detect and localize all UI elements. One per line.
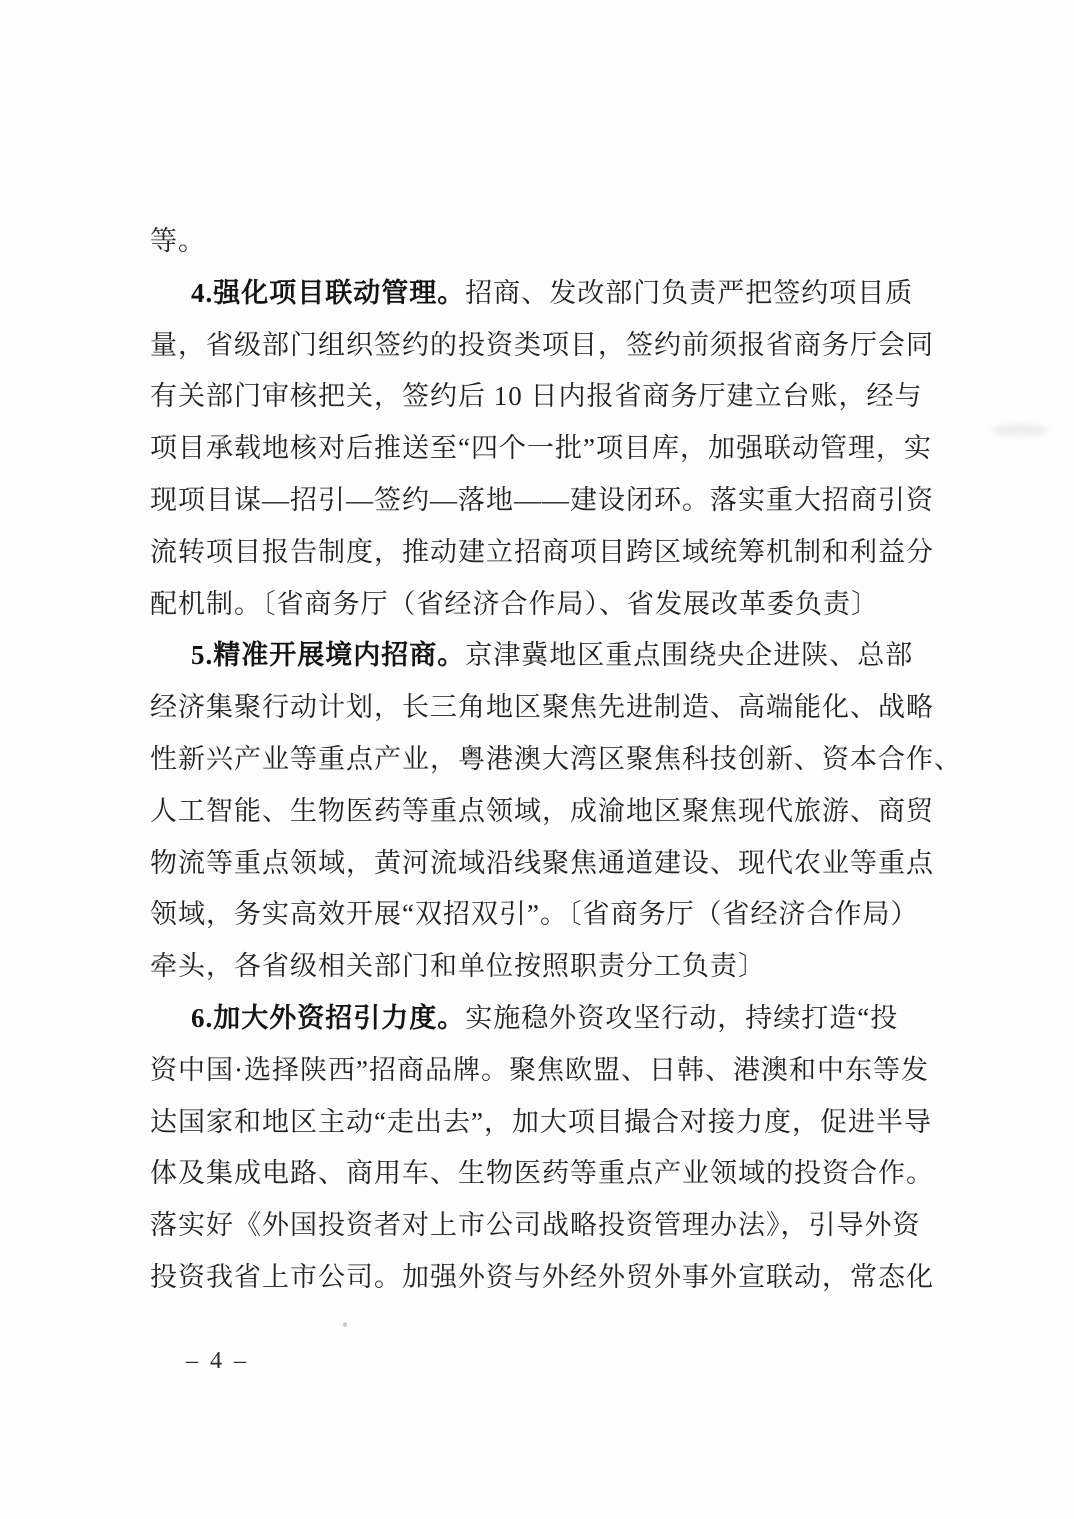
- paragraph-text: 落实好《外国投资者对上市公司战略投资管理办法》，引导外资: [150, 1210, 921, 1240]
- text-line: 性新兴产业等重点产业，粤港澳大湾区聚焦科技创新、资本合作、: [150, 734, 940, 786]
- paragraph-text: 投资我省上市公司。加强外资与外经外贸外事外宣联动，常态化: [150, 1262, 934, 1292]
- paragraph-text: 项目承载地核对后推送至“四个一批”项目库，加强联动管理，实: [150, 433, 932, 463]
- text-line: 流转项目报告制度，推动建立招商项目跨区域统筹机制和利益分: [150, 527, 940, 579]
- paragraph-text: 量，省级部门组织签约的投资类项目，签约前须报省商务厅会同: [150, 330, 934, 360]
- text-line: 投资我省上市公司。加强外资与外经外贸外事外宣联动，常态化: [150, 1252, 940, 1304]
- paragraph-text: 京津冀地区重点围绕央企进陕、总部: [465, 640, 913, 670]
- scan-artifact: [343, 1322, 347, 1327]
- paragraph-text: 招商、发改部门负责严把签约项目质: [465, 278, 913, 308]
- paragraph-text: 有关部门审核把关，签约后 10 日内报省商务厅建立台账，经与: [150, 381, 923, 411]
- text-line: 量，省级部门组织签约的投资类项目，签约前须报省商务厅会同: [150, 320, 940, 372]
- paragraph-text: 牵头，各省级相关部门和单位按照职责分工负责〕: [150, 951, 766, 981]
- paragraph-text: 人工智能、生物医药等重点领域，成渝地区聚焦现代旅游、商贸: [150, 796, 934, 826]
- paragraph-text: 实施稳外资攻坚行动，持续打造“投: [465, 1003, 898, 1033]
- paragraph-heading: 6.加大外资招引力度。: [191, 1003, 465, 1033]
- paragraph-text: 性新兴产业等重点产业，粤港澳大湾区聚焦科技创新、资本合作、: [150, 744, 962, 774]
- paragraph-heading: 5.精准开展境内招商。: [191, 640, 465, 670]
- text-line: 4.强化项目联动管理。招商、发改部门负责严把签约项目质: [150, 268, 940, 320]
- scan-artifact: [992, 424, 1048, 436]
- text-line: 人工智能、生物医药等重点领域，成渝地区聚焦现代旅游、商贸: [150, 786, 940, 838]
- text-line: 经济集聚行动计划，长三角地区聚焦先进制造、高端能化、战略: [150, 682, 940, 734]
- text-line: 资中国·选择陕西”招商品牌。聚焦欧盟、日韩、港澳和中东等发: [150, 1045, 940, 1097]
- page-number: – 4 –: [186, 1348, 249, 1375]
- text-line: 体及集成电路、商用车、生物医药等重点产业领域的投资合作。: [150, 1148, 940, 1200]
- paragraph-text: 领域，务实高效开展“双招双引”。〔省商务厅（省经济合作局）: [150, 899, 918, 929]
- paragraph-text: 资中国·选择陕西”招商品牌。聚焦欧盟、日韩、港澳和中东等发: [150, 1055, 929, 1085]
- paragraph-text: 经济集聚行动计划，长三角地区聚焦先进制造、高端能化、战略: [150, 692, 934, 722]
- text-line: 等。: [150, 216, 940, 268]
- text-line: 5.精准开展境内招商。京津冀地区重点围绕央企进陕、总部: [150, 630, 940, 682]
- paragraph-text: 流转项目报告制度，推动建立招商项目跨区域统筹机制和利益分: [150, 537, 934, 567]
- text-line: 领域，务实高效开展“双招双引”。〔省商务厅（省经济合作局）: [150, 889, 940, 941]
- paragraph-text: 物流等重点领域，黄河流域沿线聚焦通道建设、现代农业等重点: [150, 848, 934, 878]
- text-line: 落实好《外国投资者对上市公司战略投资管理办法》，引导外资: [150, 1200, 940, 1252]
- paragraph-text: 配机制。〔省商务厅（省经济合作局）、省发展改革委负责〕: [150, 589, 879, 619]
- paragraph-text: 达国家和地区主动“走出去”，加大项目撮合对接力度，促进半导: [150, 1107, 932, 1137]
- paragraph-text: 现项目谋—招引—签约—落地——建设闭环。落实重大招商引资: [150, 485, 934, 515]
- document-body: 等。4.强化项目联动管理。招商、发改部门负责严把签约项目质量，省级部门组织签约的…: [150, 216, 940, 1304]
- text-line: 物流等重点领域，黄河流域沿线聚焦通道建设、现代农业等重点: [150, 838, 940, 890]
- text-line: 达国家和地区主动“走出去”，加大项目撮合对接力度，促进半导: [150, 1097, 940, 1149]
- text-line: 有关部门审核把关，签约后 10 日内报省商务厅建立台账，经与: [150, 371, 940, 423]
- paragraph-text: 等。: [150, 226, 206, 256]
- text-line: 配机制。〔省商务厅（省经济合作局）、省发展改革委负责〕: [150, 579, 940, 631]
- text-line: 6.加大外资招引力度。实施稳外资攻坚行动，持续打造“投: [150, 993, 940, 1045]
- text-line: 项目承载地核对后推送至“四个一批”项目库，加强联动管理，实: [150, 423, 940, 475]
- document-page: 等。4.强化项目联动管理。招商、发改部门负责严把签约项目质量，省级部门组织签约的…: [0, 0, 1074, 1519]
- text-line: 现项目谋—招引—签约—落地——建设闭环。落实重大招商引资: [150, 475, 940, 527]
- paragraph-heading: 4.强化项目联动管理。: [191, 278, 465, 308]
- paragraph-text: 体及集成电路、商用车、生物医药等重点产业领域的投资合作。: [150, 1158, 934, 1188]
- text-line: 牵头，各省级相关部门和单位按照职责分工负责〕: [150, 941, 940, 993]
